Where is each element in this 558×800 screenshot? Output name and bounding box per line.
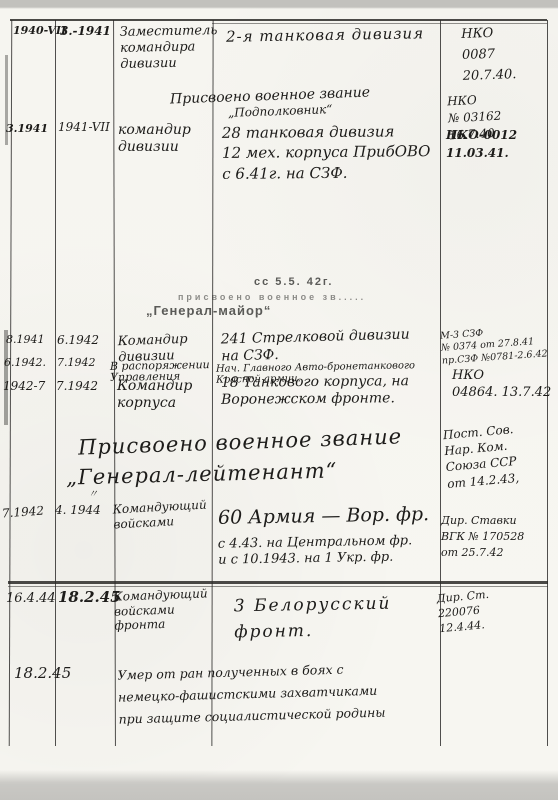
date-to: 7.1942 <box>57 356 96 369</box>
date-to: 1941-VII <box>58 120 110 135</box>
death-date: 18.2.45 <box>14 664 71 682</box>
table-separator-heavy <box>8 581 548 584</box>
date-to: 4. 1944 <box>55 503 101 518</box>
ditto-mark: 〃 <box>88 489 98 501</box>
position: Командующий войсками фронта <box>113 586 209 633</box>
stamp-date-line: сс 5.5. 42г. <box>254 276 333 288</box>
unit-detail: с 4.43. на Центральном фр. и с 10.1943. … <box>218 533 413 568</box>
order-ref: Дир. Ст. 220076 12.4.44. <box>436 588 492 637</box>
order-ref: НКО 04864. 13.7.42 <box>452 368 551 402</box>
table-separator-double <box>8 586 548 587</box>
date-to: 18.2.45 <box>58 588 121 606</box>
unit: 3 Белорусский фронт. <box>234 592 393 646</box>
date-from: 1940-VII <box>13 24 66 37</box>
unit: 28 танковая дивизия 12 мех. корпуса Приб… <box>222 121 431 184</box>
position: командир дивизии <box>118 122 191 156</box>
order-ref: М-3 СЗФ № 0374 от 27.8.41 пр.СЗФ №0781-2… <box>440 323 548 367</box>
position: Командир корпуса <box>117 378 192 412</box>
position: Заместитель командира дивизии <box>120 23 219 72</box>
unit: 18 Танкового корпуса, на Воронежском фро… <box>221 373 409 409</box>
date-to: 3.-1941 <box>60 24 111 39</box>
date-from: 6.1942. <box>4 356 46 369</box>
date-from: 7.1942 <box>2 504 45 522</box>
stamp-rank-caption: присвоено военное зв..... <box>178 292 366 302</box>
unit: 60 Армия — Вор. фр. <box>218 503 430 530</box>
date-to: 6.1942 <box>57 333 99 348</box>
order-ref: Пост. Сов. Нар. Ком. Союза ССР от 14.2.4… <box>442 421 519 492</box>
table-divider-col4 <box>440 20 441 746</box>
date-to: 7.1942 <box>56 379 98 394</box>
position: Командующий войсками <box>112 498 208 532</box>
unit: 2-я танковая дивизия <box>226 24 424 46</box>
scanned-document-page: 1940-VII 3.-1941 Заместитель командира д… <box>0 0 558 800</box>
date-from: 3.1941 <box>6 122 48 135</box>
table-border-top <box>10 19 547 21</box>
stamp-rank-name: „Генерал-майор“ <box>146 303 271 318</box>
date-from: 1942-7 <box>3 379 45 394</box>
order-ref: НКО 0087 20.7.40. <box>461 23 517 87</box>
date-from: 8.1941 <box>6 333 45 346</box>
order-ref: Дир. Ставки ВГК № 170528 от 25.7.42 <box>441 513 524 561</box>
order-ref: НКО-0012 11.03.41. <box>446 126 517 162</box>
unit: 241 Стрелковой дивизии на СЗФ. <box>221 327 411 366</box>
date-from: 16.4.44 <box>6 591 56 607</box>
death-note-text: Умер от ран полученных в боях с немецко-… <box>117 655 469 730</box>
